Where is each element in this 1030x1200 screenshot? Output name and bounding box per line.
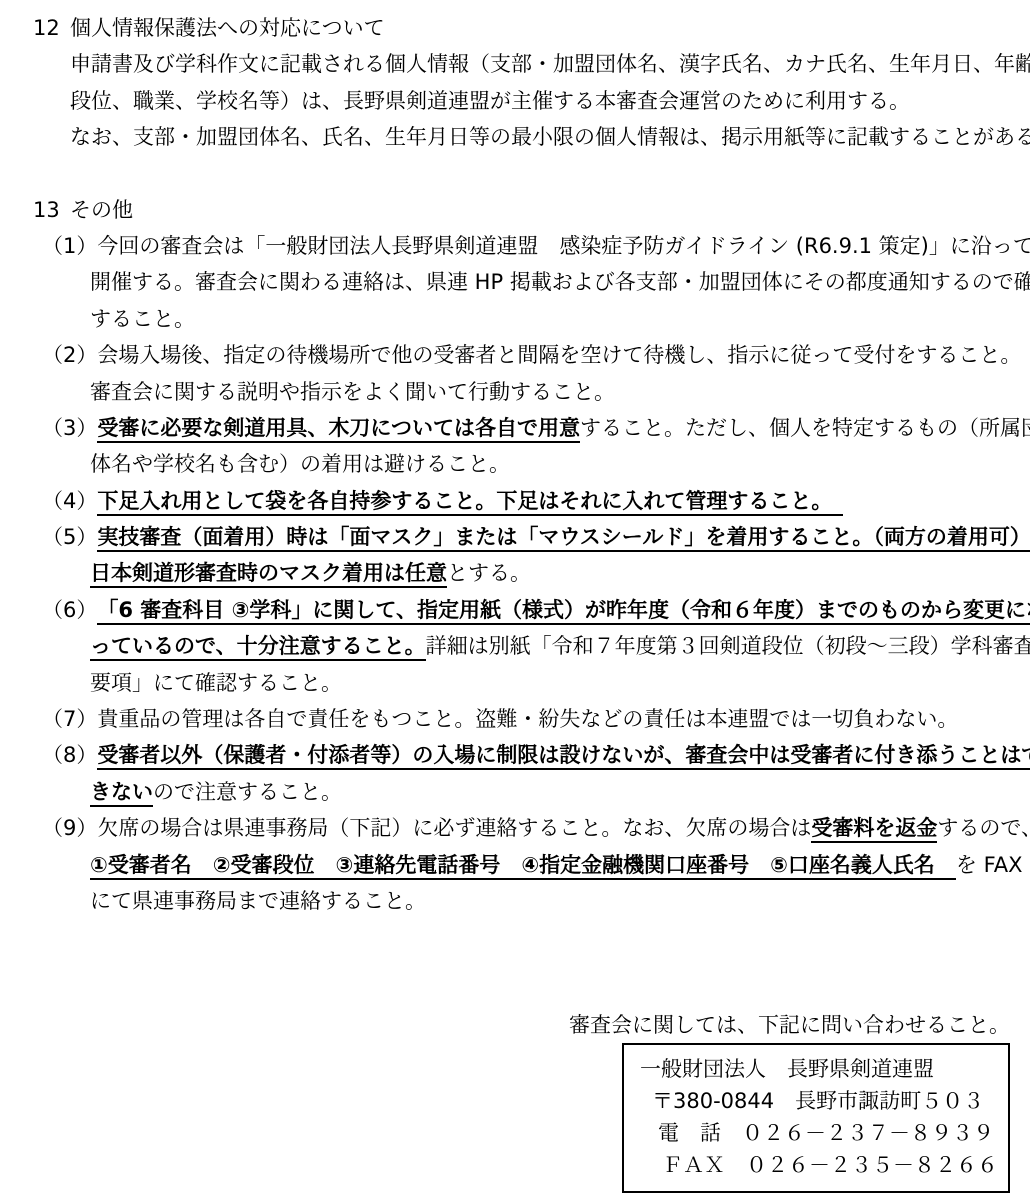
text-segment: 今回の審査会は「一般財団法人長野県剣道連盟 感染症予防ガイドライン (R6.9.… — [97, 234, 1030, 258]
text-segment: すること。 — [90, 307, 195, 331]
text-segment: 受審に必要な剣道用具、木刀については各自で用意 — [97, 416, 580, 443]
contact-box: 一般財団法人 長野県剣道連盟 〒380-0844 長野市諏訪町５０３ 電 話 ０… — [622, 1043, 1010, 1193]
section-heading: 12個人情報保護法への対応について — [0, 10, 1030, 46]
document-line: 開催する。審査会に関わる連絡は、県連 HP 掲載および各支部・加盟団体にその都度… — [0, 264, 1030, 300]
item-number: （5） — [42, 519, 97, 555]
section-number: 13 — [33, 192, 70, 228]
item-number: （2） — [42, 337, 97, 373]
document-line: （6）「6 審査科目 ③学科」に関して、指定用紙（様式）が昨年度（令和６年度）ま… — [0, 592, 1030, 628]
item-number: （4） — [42, 483, 97, 519]
text-segment: 貴重品の管理は各自で責任をもつこと。盗難・紛失などの責任は本連盟では一切負わない… — [97, 707, 958, 731]
item-number: （8） — [42, 737, 97, 773]
contact-note: 審査会に関しては、下記に問い合わせること。 — [0, 1007, 1030, 1043]
text-segment: すること。ただし、個人を特定するもの（所属団 — [580, 416, 1030, 440]
text-segment: 申請書及び学科作文に記載される個人情報（支部・加盟団体名、漢字氏名、カナ氏名、生… — [70, 52, 1030, 76]
text-segment: きない — [90, 780, 153, 807]
document-line: ①受審者名 ②受審段位 ③連絡先電話番号 ④指定金融機関口座番号 ⑤口座名義人氏… — [0, 847, 1030, 883]
section-gap — [0, 156, 1030, 192]
document-page: { "page": { "background_color": "#ffffff… — [0, 0, 1030, 1200]
item-number: （1） — [42, 228, 97, 264]
item-number: （9） — [42, 810, 97, 846]
document-line: 申請書及び学科作文に記載される個人情報（支部・加盟団体名、漢字氏名、カナ氏名、生… — [0, 46, 1030, 82]
text-segment: 欠席の場合は県連事務局（下記）に必ず連絡すること。なお、欠席の場合は — [97, 816, 811, 840]
document-body: 12個人情報保護法への対応について申請書及び学科作文に記載される個人情報（支部・… — [0, 0, 1030, 919]
document-line: （8）受審者以外（保護者・付添者等）の入場に制限は設けないが、審査会中は受審者に… — [0, 737, 1030, 773]
document-line: （2）会場入場後、指定の待機場所で他の受審者と間隔を空けて待機し、指示に従って受… — [0, 337, 1030, 373]
text-segment: ①受審者名 ②受審段位 ③連絡先電話番号 ④指定金融機関口座番号 ⑤口座名義人氏… — [90, 853, 956, 880]
text-segment: 段位、職業、学校名等）は、長野県剣道連盟が主催する本審査会運営のために利用する。 — [70, 89, 910, 113]
text-segment: 開催する。審査会に関わる連絡は、県連 HP 掲載および各支部・加盟団体にその都度… — [90, 270, 1030, 294]
contact-phone: 電 話 ０２６－２３７－８９３９ — [624, 1117, 1008, 1149]
document-line: なお、支部・加盟団体名、氏名、生年月日等の最小限の個人情報は、掲示用紙等に記載す… — [0, 119, 1030, 155]
item-number: （7） — [42, 701, 97, 737]
text-segment: 要項」にて確認すること。 — [90, 671, 342, 695]
document-line: （5）実技審査（面着用）時は「面マスク」または「マウスシールド」を着用すること。… — [0, 519, 1030, 555]
text-segment: 「6 審査科目 ③学科」に関して、指定用紙（様式）が昨年度（令和６年度）までのも… — [97, 598, 1030, 625]
contact-organization: 一般財団法人 長野県剣道連盟 — [624, 1053, 1008, 1085]
document-line: っているので、十分注意すること。詳細は別紙「令和７年度第３回剣道段位（初段～三段… — [0, 628, 1030, 664]
section-title: 個人情報保護法への対応について — [70, 16, 385, 40]
contact-fax: ＦＡＸ ０２６－２３５－８２６６ — [624, 1149, 1008, 1181]
text-segment: 実技審査（面着用）時は「面マスク」または「マウスシールド」を着用すること。（両方… — [97, 525, 1030, 552]
text-segment: ので注意すること。 — [153, 780, 342, 804]
text-segment: 下足入れ用として袋を各自持参すること。下足はそれに入れて管理すること。 — [97, 489, 843, 516]
text-segment: にて県連事務局まで連絡すること。 — [90, 889, 426, 913]
document-line: 要項」にて確認すること。 — [0, 665, 1030, 701]
text-segment: するので、 — [937, 816, 1030, 840]
document-line: （4）下足入れ用として袋を各自持参すること。下足はそれに入れて管理すること。 — [0, 483, 1030, 519]
document-line: （1）今回の審査会は「一般財団法人長野県剣道連盟 感染症予防ガイドライン (R6… — [0, 228, 1030, 264]
text-segment: 受審者以外（保護者・付添者等）の入場に制限は設けないが、審査会中は受審者に付き添… — [97, 743, 1030, 770]
text-segment: 受審料を返金 — [811, 816, 937, 843]
text-segment: を FAX — [956, 853, 1023, 877]
document-line: 体名や学校名も含む）の着用は避けること。 — [0, 446, 1030, 482]
contact-address: 〒380-0844 長野市諏訪町５０３ — [624, 1085, 1008, 1117]
item-number: （6） — [42, 592, 97, 628]
document-line: （7）貴重品の管理は各自で責任をもつこと。盗難・紛失などの責任は本連盟では一切負… — [0, 701, 1030, 737]
text-segment: 体名や学校名も含む）の着用は避けること。 — [90, 452, 510, 476]
document-line: （3）受審に必要な剣道用具、木刀については各自で用意すること。ただし、個人を特定… — [0, 410, 1030, 446]
document-line: 段位、職業、学校名等）は、長野県剣道連盟が主催する本審査会運営のために利用する。 — [0, 83, 1030, 119]
text-segment: っているので、十分注意すること。 — [90, 634, 426, 661]
section-number: 12 — [33, 10, 70, 46]
document-line: 日本剣道形審査時のマスク着用は任意とする。 — [0, 555, 1030, 591]
text-segment: 審査会に関する説明や指示をよく聞いて行動すること。 — [90, 380, 615, 404]
text-segment: 日本剣道形審査時のマスク着用は任意 — [90, 561, 447, 588]
contact-area: 審査会に関しては、下記に問い合わせること。 一般財団法人 長野県剣道連盟 〒38… — [0, 1007, 1030, 1193]
section-title: その他 — [70, 198, 133, 222]
item-number: （3） — [42, 410, 97, 446]
document-line: すること。 — [0, 301, 1030, 337]
text-segment: 詳細は別紙「令和７年度第３回剣道段位（初段～三段）学科審査 — [426, 634, 1030, 658]
text-segment: 会場入場後、指定の待機場所で他の受審者と間隔を空けて待機し、指示に従って受付をす… — [97, 343, 1021, 367]
text-segment: なお、支部・加盟団体名、氏名、生年月日等の最小限の個人情報は、掲示用紙等に記載す… — [70, 125, 1030, 149]
document-line: きないので注意すること。 — [0, 774, 1030, 810]
section-heading: 13その他 — [0, 192, 1030, 228]
document-line: （9）欠席の場合は県連事務局（下記）に必ず連絡すること。なお、欠席の場合は受審料… — [0, 810, 1030, 846]
text-segment: とする。 — [447, 561, 531, 585]
document-line: にて県連事務局まで連絡すること。 — [0, 883, 1030, 919]
document-line: 審査会に関する説明や指示をよく聞いて行動すること。 — [0, 374, 1030, 410]
